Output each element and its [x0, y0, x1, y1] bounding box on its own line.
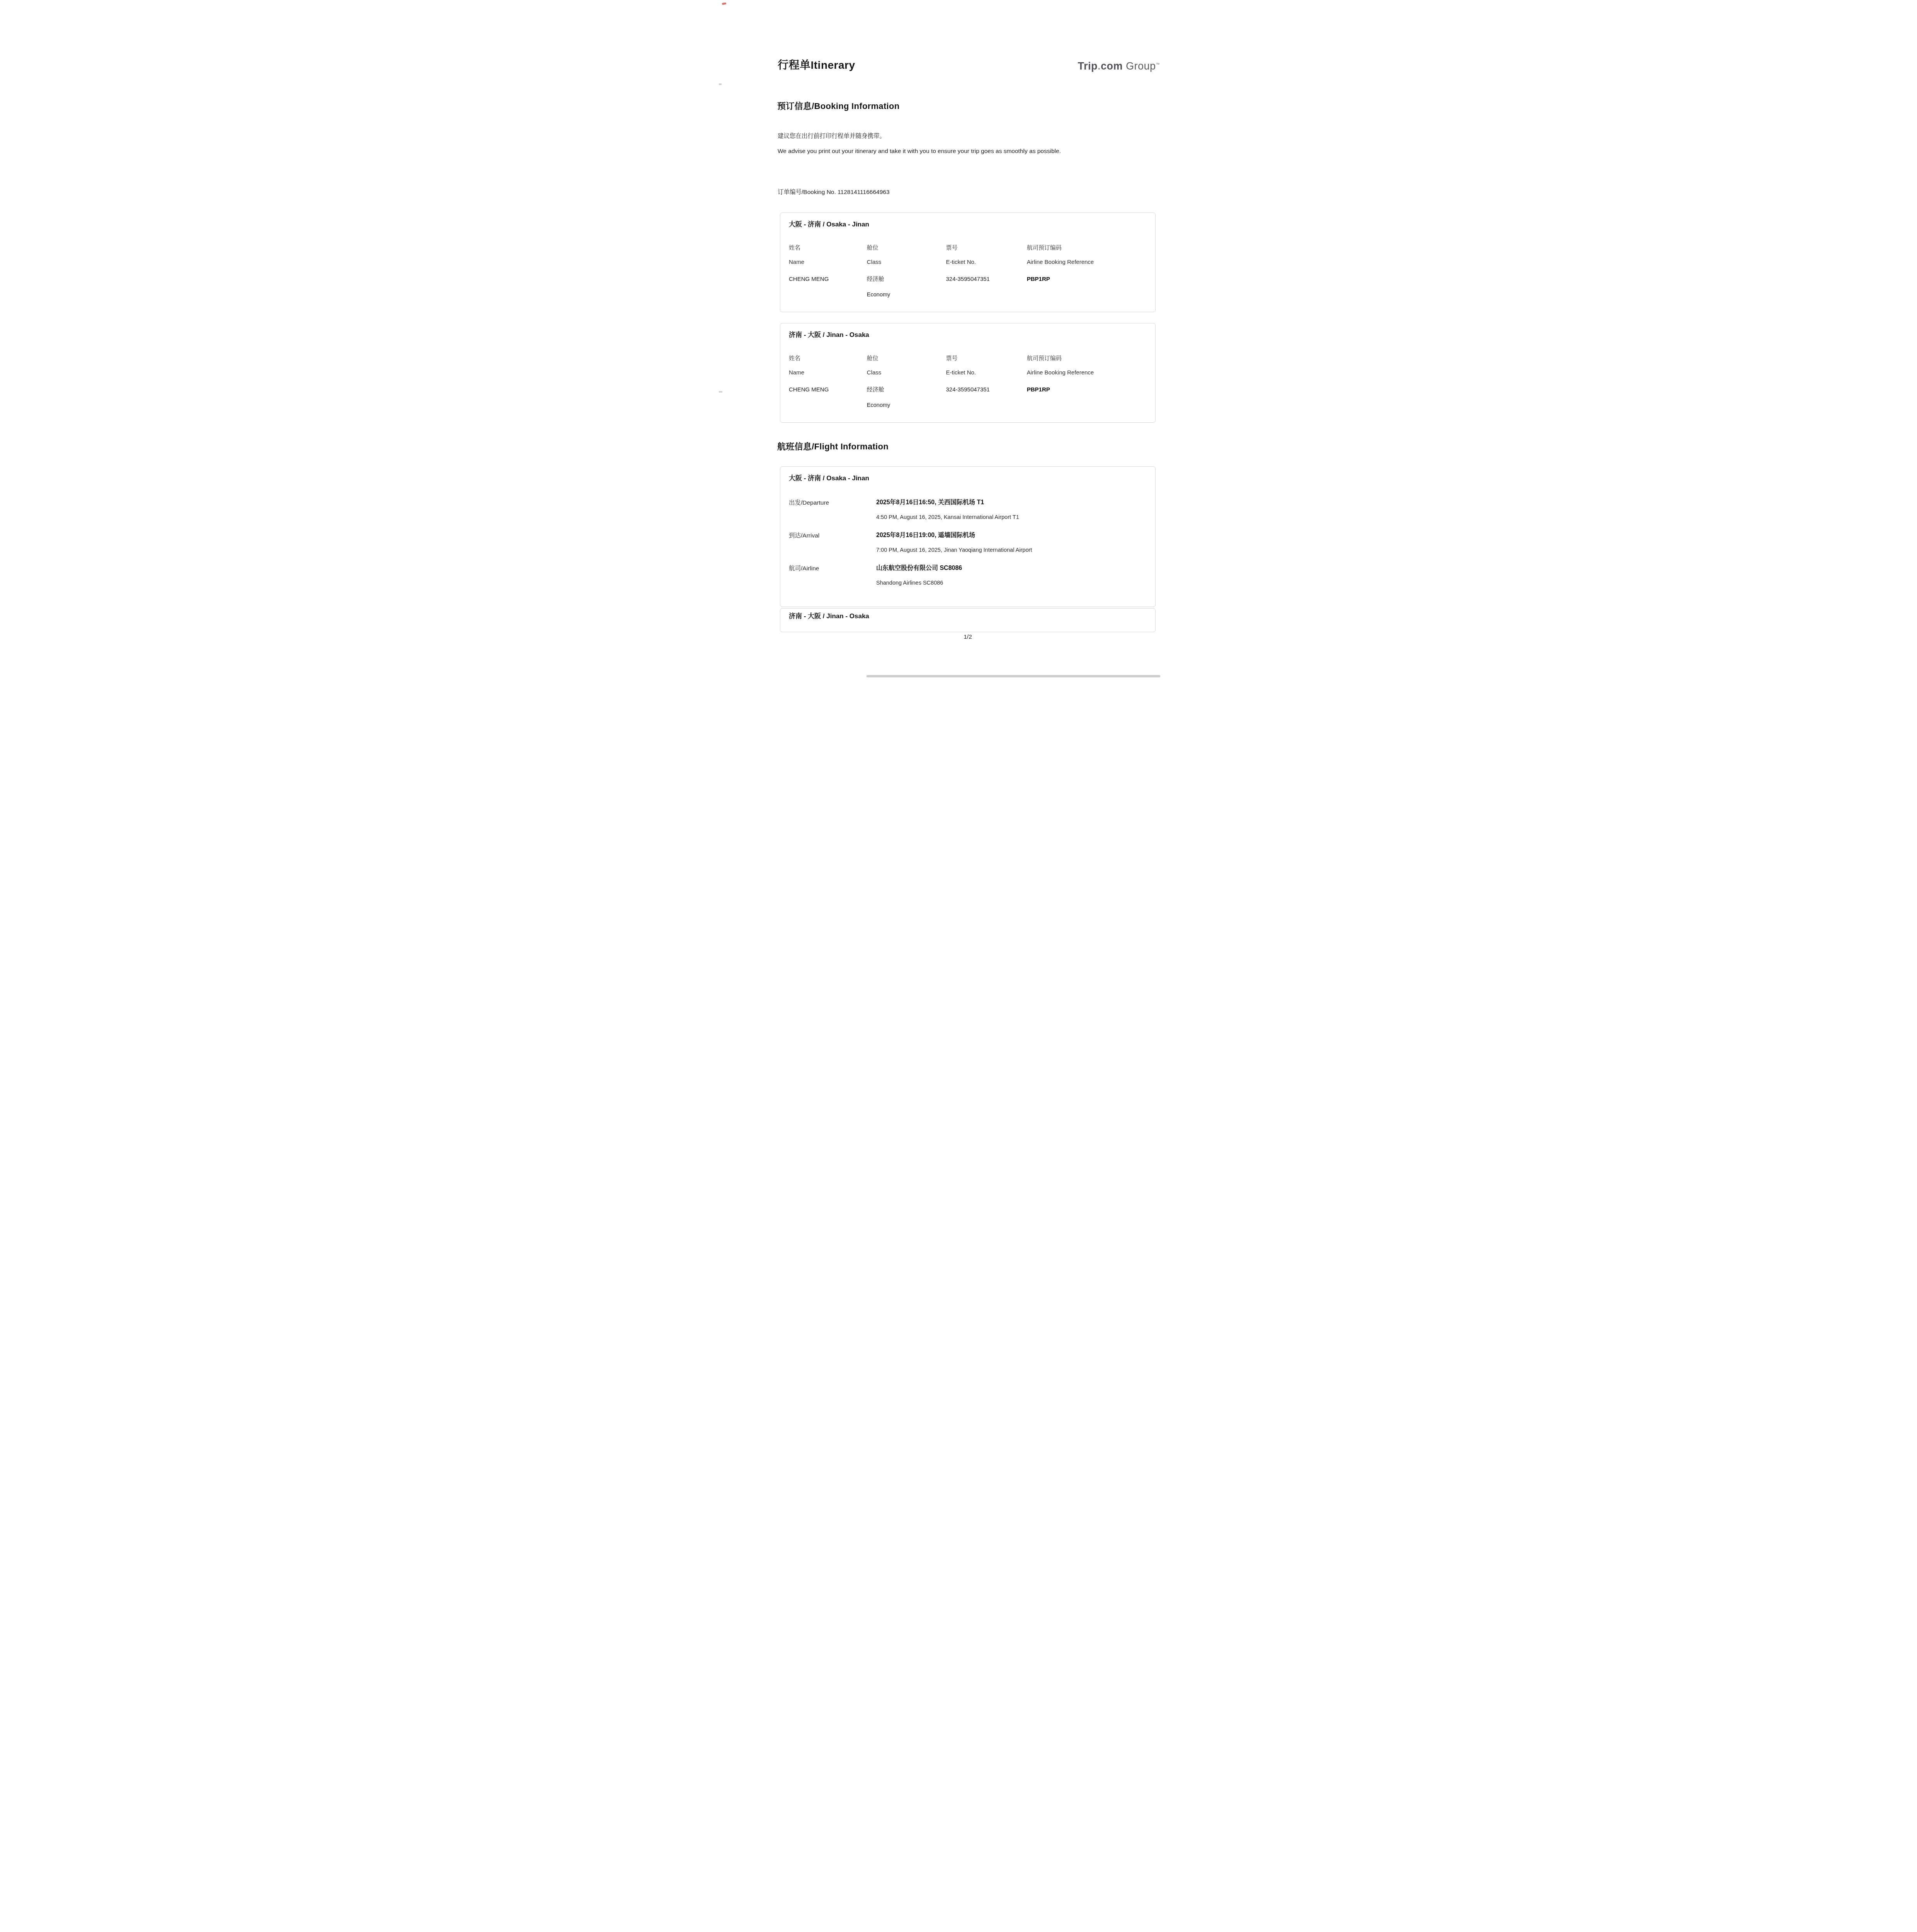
airline-booking-reference: PBP1RP: [1027, 276, 1147, 298]
header-abr-en: Airline Booking Reference: [1027, 259, 1147, 266]
booking-number-value: 1128141116664963: [838, 189, 889, 196]
header-name-cn: 姓名: [789, 245, 867, 252]
booking-number-label: 订单编号/Booking No.: [778, 189, 836, 196]
airline-label: 航司/Airline: [789, 565, 876, 587]
header-eticket-en: E-ticket No.: [946, 369, 1027, 376]
scan-artifact-left-edge: [719, 83, 722, 85]
arrival-value: 2025年8月16日19:00, 遥墙国际机场 7:00 PM, August …: [876, 532, 1147, 554]
header-class-en: Class: [867, 259, 946, 266]
logo-com: com: [1101, 60, 1123, 72]
logo-group: Group: [1126, 60, 1156, 72]
route-title: 济南 - 大阪 / Jinan - Osaka: [789, 612, 1147, 620]
cabin-class: 经济舱 Economy: [867, 276, 946, 298]
passenger-card-jinan-osaka: 济南 - 大阪 / Jinan - Osaka 姓名 Name 舱位 Class…: [780, 323, 1156, 423]
header-name-en: Name: [789, 259, 867, 266]
header-name-en: Name: [789, 369, 867, 376]
header-class-cn: 舱位: [867, 245, 946, 252]
airline-booking-reference: PBP1RP: [1027, 386, 1147, 409]
header-eticket-cn: 票号: [946, 245, 1027, 252]
header-eticket-en: E-ticket No.: [946, 259, 1027, 266]
passenger-card-osaka-jinan: 大阪 - 济南 / Osaka - Jinan 姓名 Name 舱位 Class…: [780, 213, 1156, 312]
arrival-row: 到达/Arrival 2025年8月16日19:00, 遥墙国际机场 7:00 …: [789, 532, 1147, 554]
departure-label: 出发/Departure: [789, 499, 876, 521]
cabin-class: 经济舱 Economy: [867, 386, 946, 409]
airline-value-en: Shandong Airlines SC8086: [876, 580, 1147, 587]
passenger-name: CHENG MENG: [789, 386, 867, 409]
airline-value: 山东航空股份有限公司 SC8086 Shandong Airlines SC80…: [876, 565, 1147, 587]
header-class-cn: 舱位: [867, 355, 946, 362]
page-number: 1/2: [780, 634, 1156, 641]
route-title: 济南 - 大阪 / Jinan - Osaka: [789, 331, 1147, 339]
flight-information-heading: 航班信息/Flight Information: [777, 442, 889, 452]
booking-number-line: 订单编号/Booking No. 1128141116664963: [778, 187, 890, 196]
column-header-eticket: 票号 E-ticket No.: [946, 245, 1027, 266]
passenger-name: CHENG MENG: [789, 276, 867, 298]
header-class-en: Class: [867, 369, 946, 376]
departure-row: 出发/Departure 2025年8月16日16:50, 关西国际机场 T1 …: [789, 499, 1147, 521]
flight-card-jinan-osaka-truncated: 济南 - 大阪 / Jinan - Osaka: [780, 608, 1156, 632]
flight-card-osaka-jinan: 大阪 - 济南 / Osaka - Jinan 出发/Departure 202…: [780, 466, 1156, 607]
column-header-name: 姓名 Name: [789, 355, 867, 376]
header-name-cn: 姓名: [789, 355, 867, 362]
arrival-value-cn: 2025年8月16日19:00, 遥墙国际机场: [876, 532, 1147, 539]
booking-information-heading: 预订信息/Booking Information: [777, 101, 899, 111]
logo-trip: Trip: [1078, 60, 1098, 72]
header-abr-en: Airline Booking Reference: [1027, 369, 1147, 376]
column-header-airline-booking-reference: 航司预订编码 Airline Booking Reference: [1027, 245, 1147, 266]
arrival-label: 到达/Arrival: [789, 532, 876, 554]
scan-artifact-bottom-edge: [867, 675, 1160, 677]
airline-row: 航司/Airline 山东航空股份有限公司 SC8086 Shandong Ai…: [789, 565, 1147, 587]
itinerary-document-page: 行程单Itinerary Trip.com Group™ 预订信息/Bookin…: [719, 0, 1198, 677]
cabin-class-cn: 经济舱: [867, 276, 946, 283]
column-header-name: 姓名 Name: [789, 245, 867, 266]
route-title: 大阪 - 济南 / Osaka - Jinan: [789, 221, 1147, 228]
route-title: 大阪 - 济南 / Osaka - Jinan: [789, 474, 1147, 482]
booking-advice-cn: 建议您在出行前打印行程单并随身携带。: [778, 131, 885, 140]
cabin-class-en: Economy: [867, 291, 946, 298]
departure-value-en: 4:50 PM, August 16, 2025, Kansai Interna…: [876, 514, 1147, 521]
column-header-eticket: 票号 E-ticket No.: [946, 355, 1027, 376]
eticket-number: 324-3595047351: [946, 386, 1027, 409]
departure-value: 2025年8月16日16:50, 关西国际机场 T1 4:50 PM, Augu…: [876, 499, 1147, 521]
departure-value-cn: 2025年8月16日16:50, 关西国际机场 T1: [876, 499, 1147, 506]
column-header-class: 舱位 Class: [867, 245, 946, 266]
header-abr-cn: 航司预订编码: [1027, 245, 1147, 252]
header-eticket-cn: 票号: [946, 355, 1027, 362]
passenger-table-value-row: CHENG MENG 经济舱 Economy 324-3595047351 PB…: [789, 276, 1147, 298]
flight-detail-rows: 出发/Departure 2025年8月16日16:50, 关西国际机场 T1 …: [789, 499, 1147, 587]
scan-artifact-red-mark: [722, 2, 727, 5]
arrival-value-en: 7:00 PM, August 16, 2025, Jinan Yaoqiang…: [876, 547, 1147, 554]
header-abr-cn: 航司预订编码: [1027, 355, 1147, 362]
cabin-class-en: Economy: [867, 402, 946, 409]
trip-com-group-logo: Trip.com Group™: [1078, 60, 1160, 72]
eticket-number: 324-3595047351: [946, 276, 1027, 298]
passenger-table-value-row: CHENG MENG 经济舱 Economy 324-3595047351 PB…: [789, 386, 1147, 409]
airline-value-cn: 山东航空股份有限公司 SC8086: [876, 565, 1147, 572]
cabin-class-cn: 经济舱: [867, 386, 946, 393]
booking-advice-en: We advise you print out your itinerary a…: [778, 144, 1091, 159]
column-header-class: 舱位 Class: [867, 355, 946, 376]
logo-trademark: ™: [1156, 63, 1160, 67]
scan-artifact-left-edge: [719, 391, 722, 393]
column-header-airline-booking-reference: 航司预订编码 Airline Booking Reference: [1027, 355, 1147, 376]
passenger-table-header-row: 姓名 Name 舱位 Class 票号 E-ticket No. 航司预订编码 …: [789, 355, 1147, 376]
logo-dot: .: [1098, 60, 1101, 72]
passenger-table-header-row: 姓名 Name 舱位 Class 票号 E-ticket No. 航司预订编码 …: [789, 245, 1147, 266]
page-title: 行程单Itinerary: [778, 59, 855, 72]
